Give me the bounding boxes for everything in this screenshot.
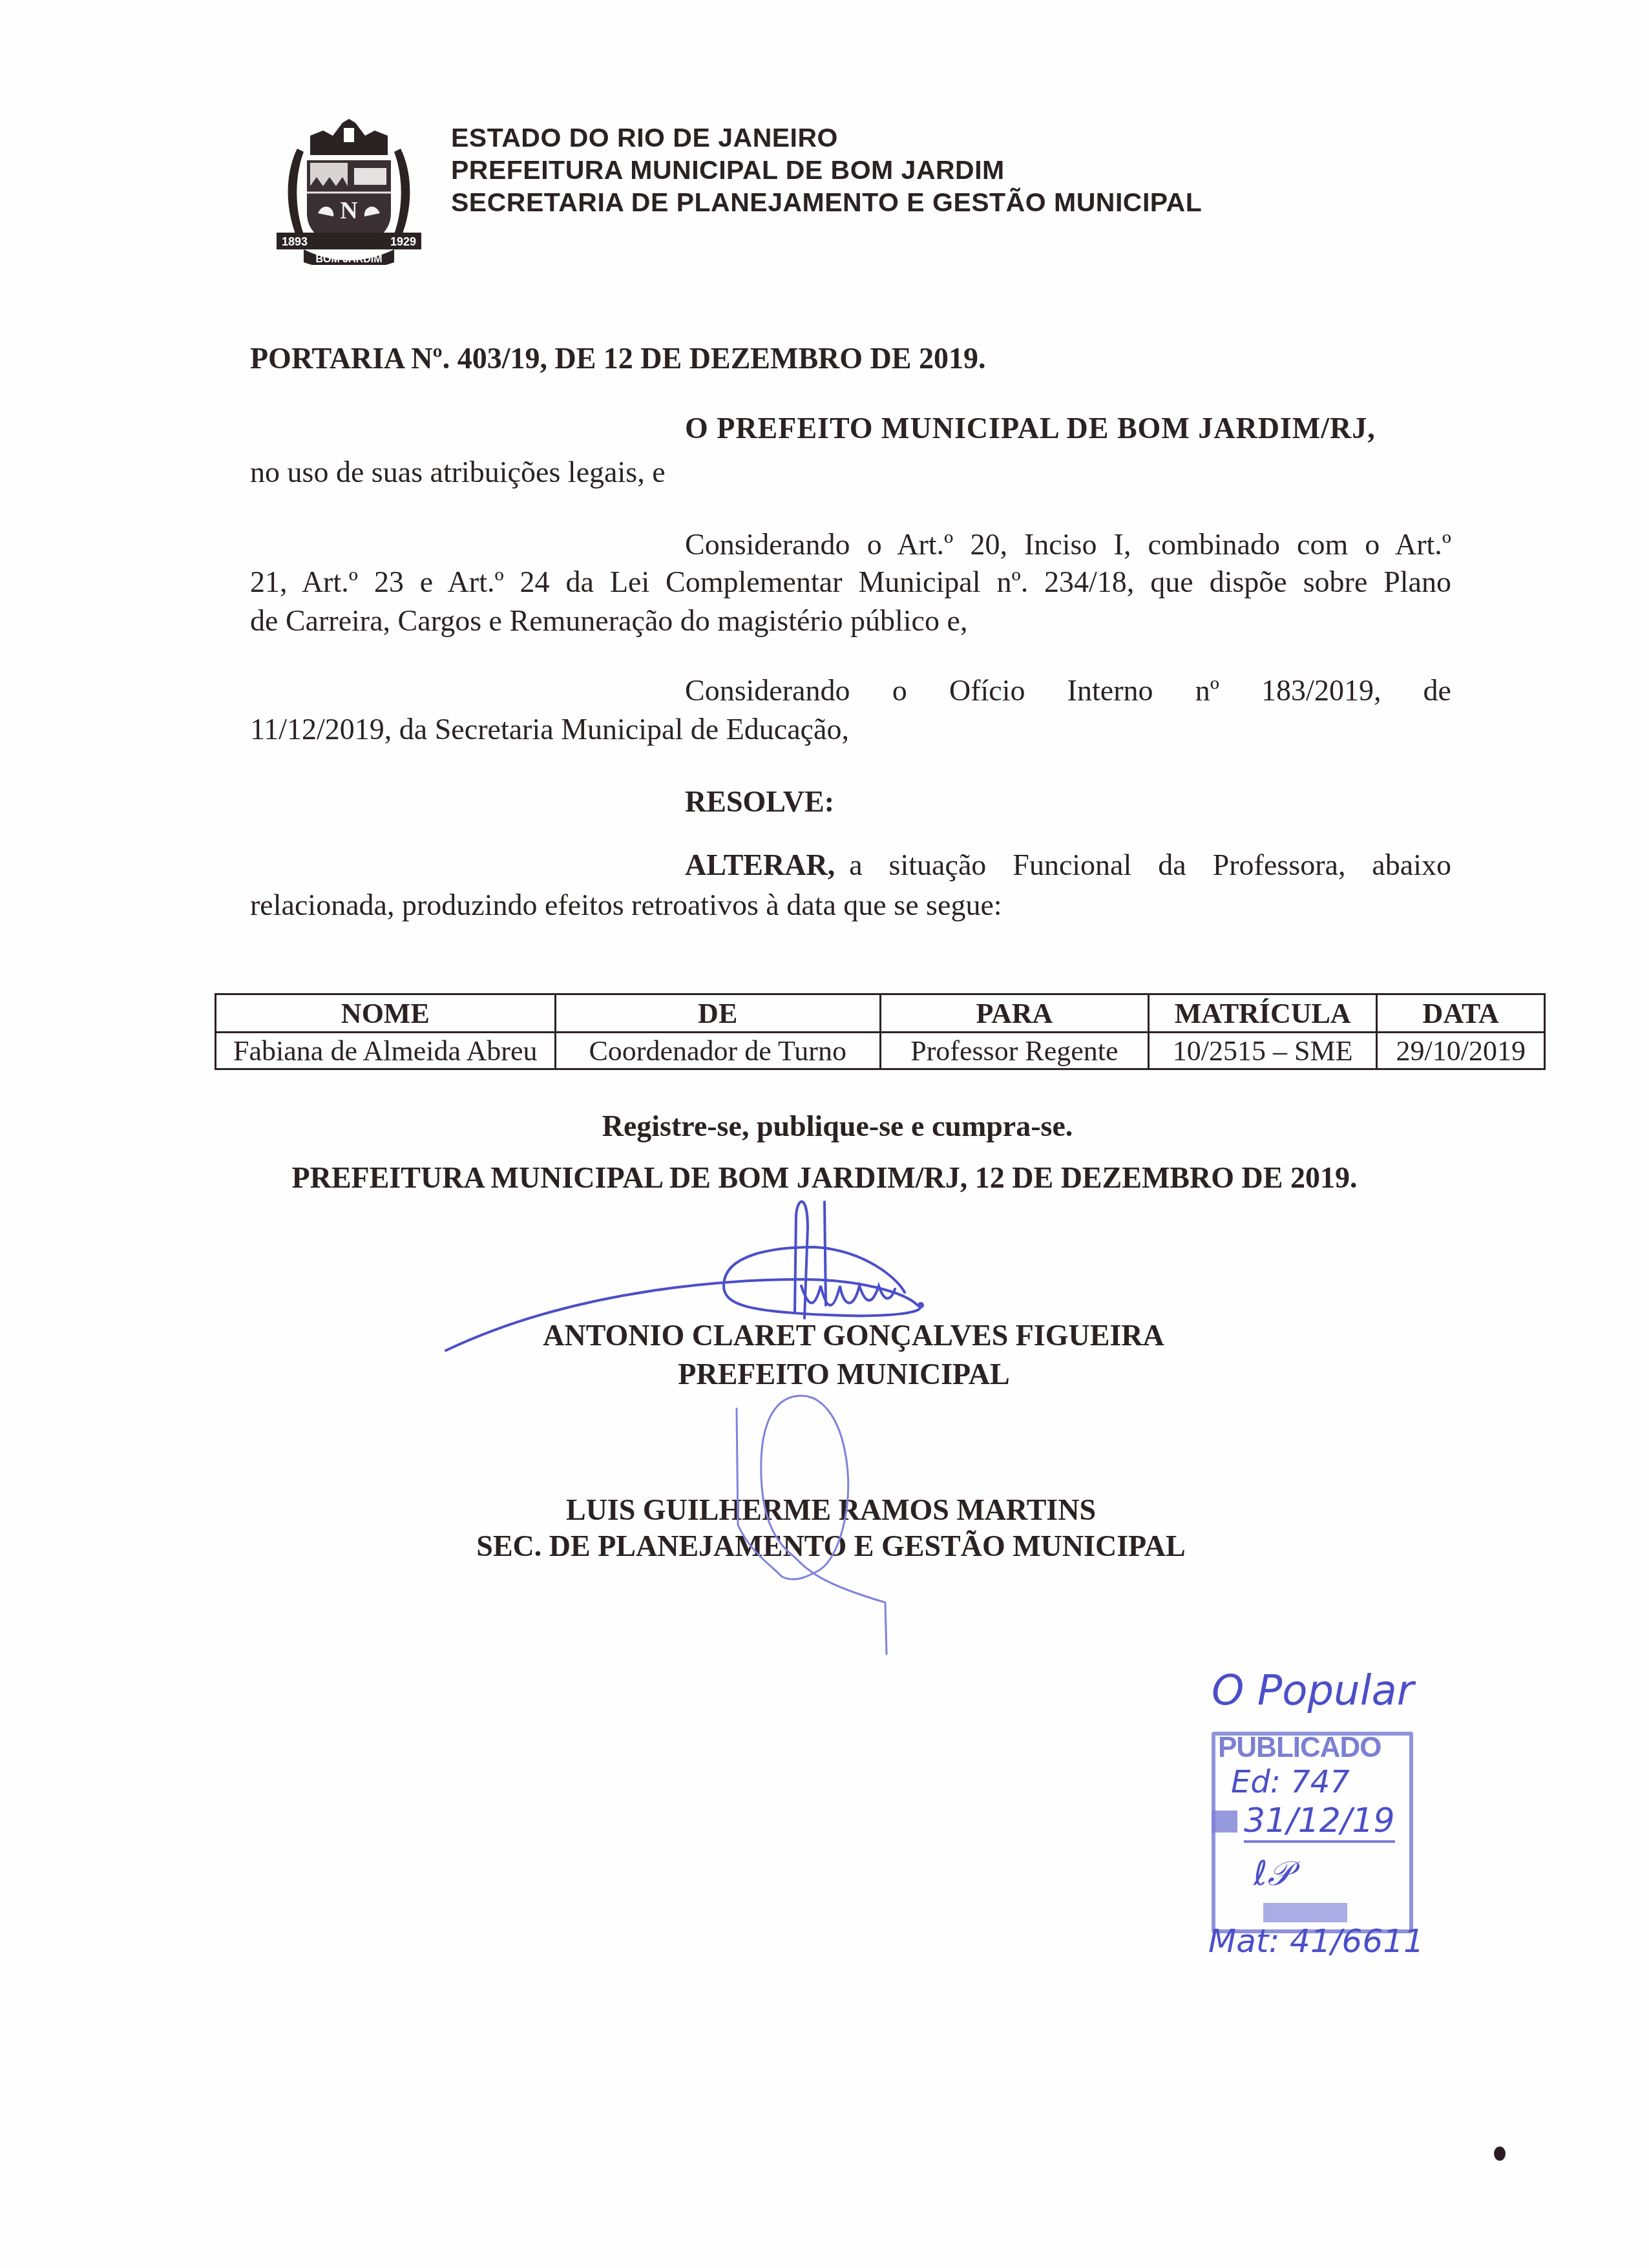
cell-matricula: 10/2515 – SME	[1148, 1033, 1376, 1069]
cell-de: Coordenador de Turno	[555, 1033, 880, 1069]
cell-data: 29/10/2019	[1377, 1033, 1545, 1069]
signatory1-role: PREFEITO MUNICIPAL	[0, 1357, 1649, 1391]
alterar-keyword: ALTERAR,	[685, 848, 835, 882]
alterar-line2: relacionada, produzindo efeitos retroati…	[250, 888, 1002, 922]
alterar-line1: ALTERAR, a situação Funcional da Profess…	[685, 848, 1451, 882]
coat-of-arms-icon: N 1893 1929 BOM JARDIM	[271, 116, 426, 265]
authority-heading: O PREFEITO MUNICIPAL DE BOM JARDIM/RJ,	[685, 411, 1376, 445]
personnel-table: NOME DE PARA MATRÍCULA DATA Fabiana de A…	[215, 993, 1546, 1070]
column-header-de: DE	[555, 994, 880, 1033]
cell-para: Professor Regente	[880, 1033, 1148, 1069]
header-state: ESTADO DO RIO DE JANEIRO	[451, 123, 838, 153]
crest-year-right: 1929	[390, 235, 416, 248]
stamp-matricula: Mat: 41/6611	[1208, 1922, 1424, 1960]
signatory2-name: LUIS GUILHERME RAMOS MARTINS	[0, 1493, 1649, 1527]
publication-stamp: O Popular PUBLICADO Ed: 747 31/12/19 ℓ𝒫 …	[1208, 1661, 1467, 1958]
stamp-date: 31/12/19	[1244, 1801, 1395, 1843]
considerando1-line1: Considerando o Art.º 20, Inciso I, combi…	[685, 527, 1451, 562]
crest-year-left: 1893	[282, 235, 308, 248]
stamp-edition: Ed: 747	[1231, 1764, 1350, 1800]
ink-dot	[1494, 2147, 1506, 2161]
header-secretaria: SECRETARIA DE PLANEJAMENTO E GESTÃO MUNI…	[451, 187, 1202, 218]
considerando1-line2: 21, Art.º 23 e Art.º 24 da Lei Complemen…	[250, 565, 1451, 599]
stamp-status: PUBLICADO	[1218, 1732, 1381, 1764]
page-title: PORTARIA Nº. 403/19, DE 12 DE DEZEMBRO D…	[250, 341, 986, 375]
considerando1-line3: de Carreira, Cargos e Remuneração do mag…	[250, 604, 967, 638]
signatory1-name: ANTONIO CLARET GONÇALVES FIGUEIRA	[0, 1318, 1649, 1352]
stamp-newspaper: O Popular	[1212, 1667, 1414, 1715]
considerando2-line1: Considerando o Ofício Interno nº 183/201…	[685, 673, 1451, 708]
resolve-heading: RESOLVE:	[685, 784, 834, 819]
table-header-row: NOME DE PARA MATRÍCULA DATA	[216, 994, 1545, 1033]
closing-formula: Registre-se, publique-se e cumpra-se.	[0, 1109, 1649, 1143]
column-header-para: PARA	[880, 994, 1148, 1033]
authority-continuation: no uso de suas atribuições legais, e	[250, 455, 666, 489]
column-header-nome: NOME	[216, 994, 556, 1033]
column-header-data: DATA	[1377, 994, 1545, 1033]
considerando2-line2: 11/12/2019, da Secretaria Municipal de E…	[250, 712, 849, 746]
header-prefeitura: PREFEITURA MUNICIPAL DE BOM JARDIM	[451, 155, 1005, 185]
table-row: Fabiana de Almeida Abreu Coordenador de …	[216, 1033, 1545, 1069]
column-header-matricula: MATRÍCULA	[1148, 994, 1376, 1033]
stamp-initials: ℓ𝒫	[1254, 1854, 1292, 1894]
document-page: N 1893 1929 BOM JARDIM ESTADO DO RIO DE …	[0, 0, 1649, 2268]
place-date: PREFEITURA MUNICIPAL DE BOM JARDIM/RJ, 1…	[0, 1160, 1649, 1195]
cell-nome: Fabiana de Almeida Abreu	[216, 1033, 556, 1069]
svg-text:N: N	[340, 197, 357, 224]
signatory2-role: SEC. DE PLANEJAMENTO E GESTÃO MUNICIPAL	[0, 1529, 1649, 1563]
crest-motto: BOM JARDIM	[315, 254, 382, 265]
